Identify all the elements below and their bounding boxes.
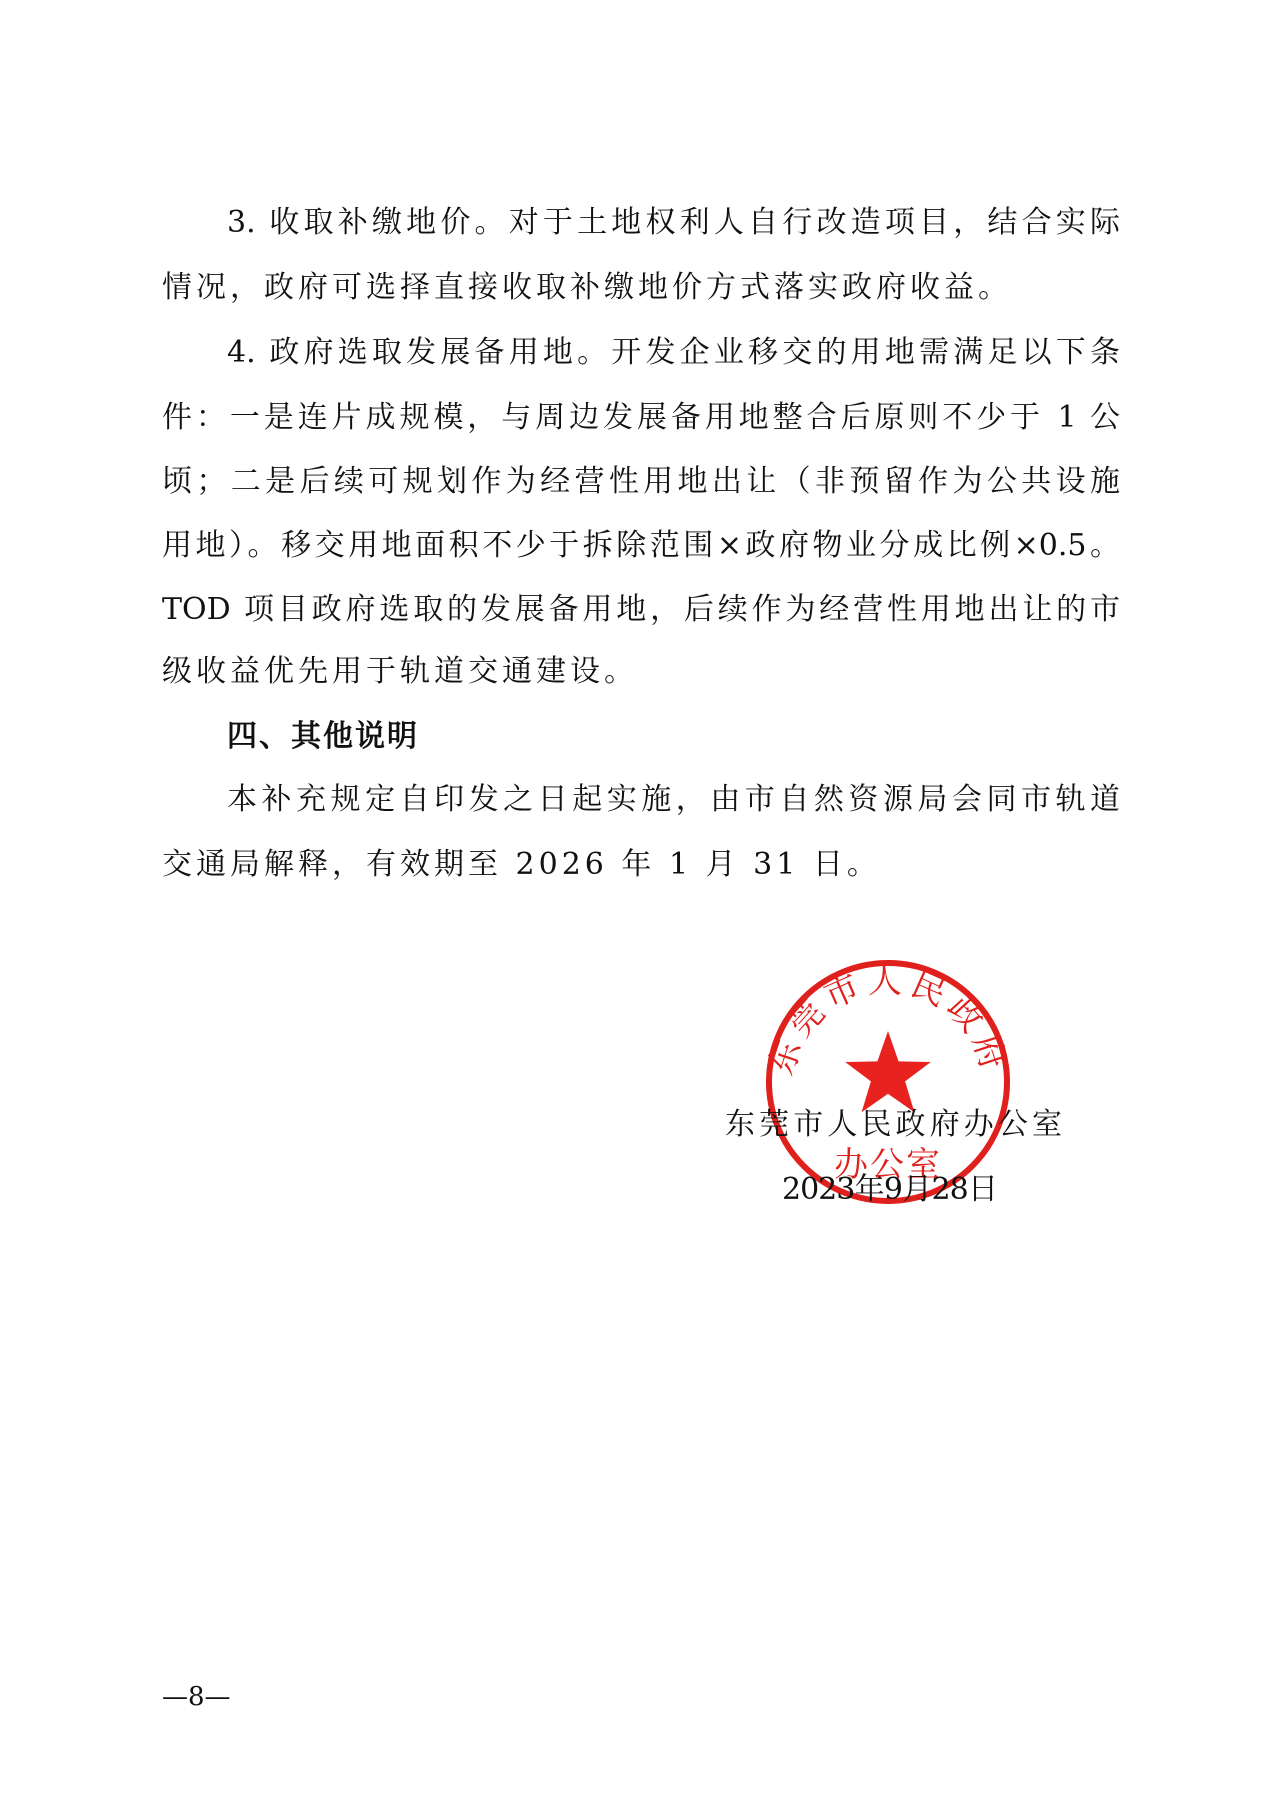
paragraph-4-line-1: 4. 政府选取发展备用地。开发企业移交的用地需满足以下条 [227, 331, 1120, 375]
issue-date: 2023年9月28日 [782, 1170, 997, 1210]
closing-paragraph-line-1: 本补充规定自印发之日起实施，由市自然资源局会同市轨道 [227, 778, 1120, 822]
closing-paragraph-line-2: 交通局解释，有效期至 2026 年 1 月 31 日。 [162, 843, 1120, 887]
document-page: 3. 收取补缴地价。对于土地权利人自行改造项目，结合实际 情况，政府可选择直接收… [0, 0, 1280, 1809]
official-seal: 东莞市人民政府 办公室 [764, 958, 1012, 1206]
page-number: —8— [162, 1680, 231, 1714]
paragraph-3-line-1: 3. 收取补缴地价。对于土地权利人自行改造项目，结合实际 [227, 201, 1120, 245]
paragraph-4-line-6: 级收益优先用于轨道交通建设。 [162, 650, 1120, 694]
paragraph-4-line-5: TOD 项目政府选取的发展备用地，后续作为经营性用地出让的市 [162, 588, 1120, 632]
paragraph-4-line-3: 顷；二是后续可规划作为经营性用地出让（非预留作为公共设施 [162, 460, 1120, 504]
paragraph-4-line-2: 件：一是连片成规模，与周边发展备用地整合后原则不少于 1 公 [162, 396, 1120, 440]
paragraph-4-line-4: 用地）。移交用地面积不少于拆除范围×政府物业分成比例×0.5。 [162, 524, 1120, 568]
issuer-signature: 东莞市人民政府办公室 [725, 1104, 1062, 1146]
section-heading: 四、其他说明 [227, 715, 1120, 759]
paragraph-3-line-2: 情况，政府可选择直接收取补缴地价方式落实政府收益。 [162, 266, 1120, 310]
star-icon [845, 1031, 931, 1112]
